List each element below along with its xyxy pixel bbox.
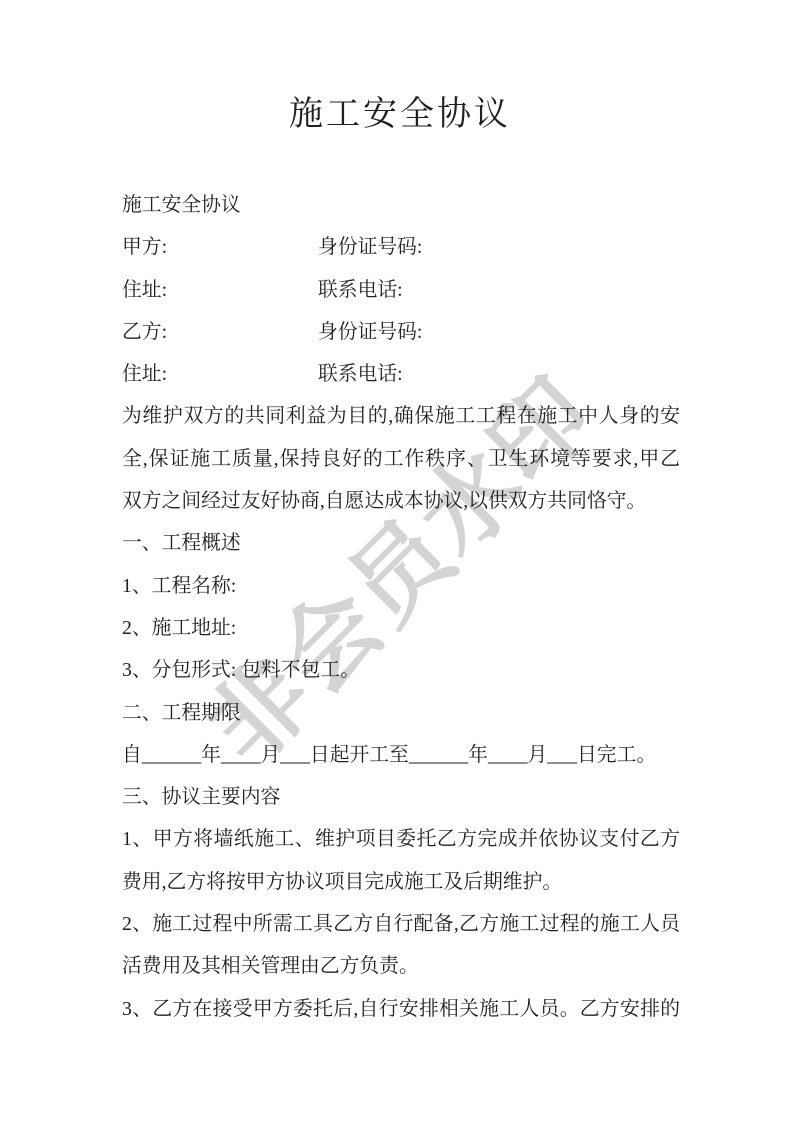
section-1-item-project-name: 1、工程名称: [122, 565, 680, 607]
party-b-id-label: 身份证号码: [318, 311, 422, 353]
section-3-item-1-line-1: 1、甲方将墙纸施工、维护项目委托乙方完成并依协议支付乙方施工 [122, 818, 680, 860]
party-b-address-row: 住址: 联系电话: [122, 353, 680, 395]
section-3-item-3-line-1: 3、乙方在接受甲方委托后,自行安排相关施工人员。乙方安排的施 [122, 988, 680, 1030]
document-title: 施工安全协议 [0, 86, 800, 135]
party-a-address-label: 住址: [122, 279, 167, 301]
preamble-line-1: 为维护双方的共同利益为目的,确保施工工程在施工中人身的安 [122, 395, 680, 437]
section-3-heading: 三、协议主要内容 [122, 776, 680, 818]
party-a-label: 甲方: [122, 236, 167, 258]
section-1-item-subcontract-form: 3、分包形式: 包料不包工。 [122, 649, 680, 691]
preamble-line-3: 双方之间经过友好协商,自愿达成本协议,以供双方共同恪守。 [122, 480, 680, 522]
party-a-address-row: 住址: 联系电话: [122, 269, 680, 311]
section-3-item-1-line-2: 费用,乙方将按甲方协议项目完成施工及后期维护。 [122, 861, 680, 903]
document-body: 施工安全协议 甲方: 身份证号码: 住址: 联系电话: 乙方: 身份证号码: 住… [122, 184, 680, 1030]
party-b-label: 乙方: [122, 321, 167, 343]
party-a-id-label: 身份证号码: [318, 226, 422, 268]
preamble-line-2: 全,保证施工质量,保持良好的工作秩序、卫生环境等要求,甲乙 [122, 438, 680, 480]
section-3-item-2-line-1: 2、施工过程中所需工具乙方自行配备,乙方施工过程的施工人员生 [122, 903, 680, 945]
party-a-row: 甲方: 身份证号码: [122, 226, 680, 268]
party-b-address-label: 住址: [122, 363, 167, 385]
section-1-heading: 一、工程概述 [122, 522, 680, 564]
agreement-subtitle: 施工安全协议 [122, 184, 680, 226]
party-a-phone-label: 联系电话: [318, 269, 403, 311]
section-2-heading: 二、工程期限 [122, 692, 680, 734]
party-b-phone-label: 联系电话: [318, 353, 403, 395]
party-b-row: 乙方: 身份证号码: [122, 311, 680, 353]
document-page: 非会员水印 施工安全协议 施工安全协议 甲方: 身份证号码: 住址: 联系电话:… [0, 0, 800, 1131]
section-3-item-2-line-2: 活费用及其相关管理由乙方负责。 [122, 945, 680, 987]
section-2-duration-line: 自______年____月___日起开工至______年____月___日完工。 [122, 734, 680, 776]
section-1-item-site-address: 2、施工地址: [122, 607, 680, 649]
